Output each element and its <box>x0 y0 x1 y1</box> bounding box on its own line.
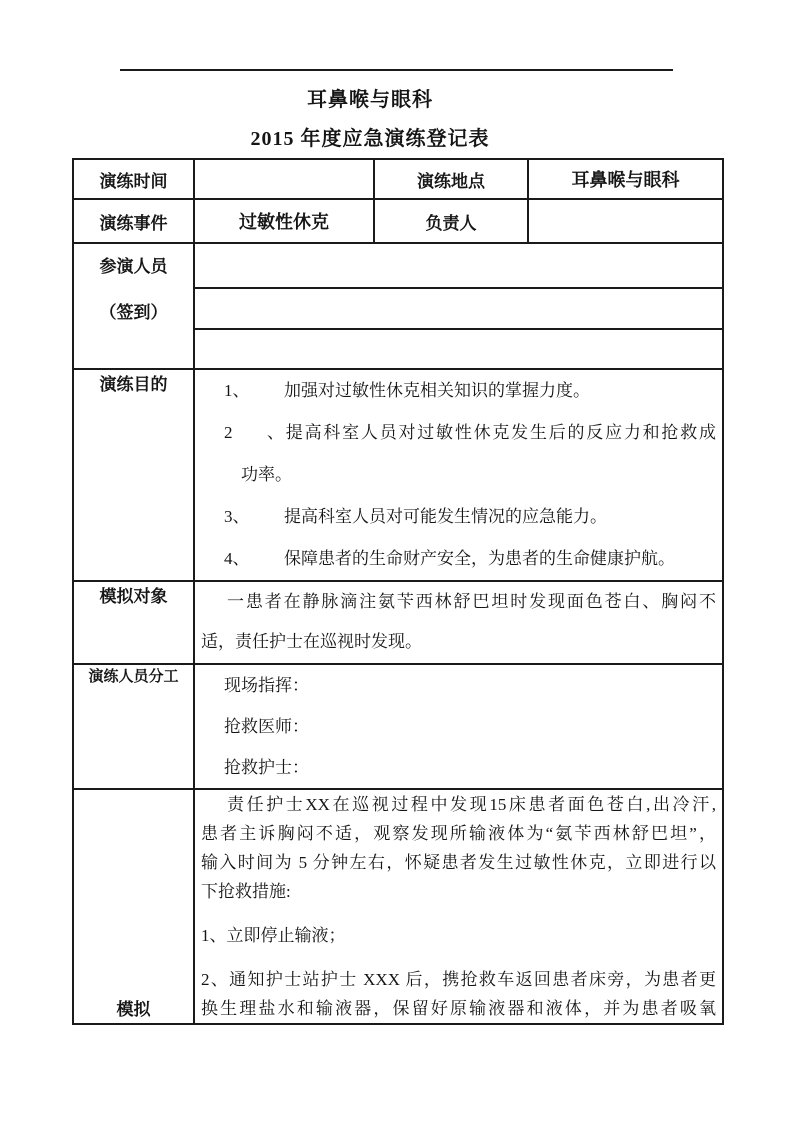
division-line-commander: 现场指挥： <box>201 665 716 706</box>
label-participants-line1: 参演人员 <box>74 244 193 290</box>
label-drill-time: 演练时间 <box>73 159 194 199</box>
label-person-in-charge: 负责人 <box>374 199 528 243</box>
purpose-item-3: 3、提高科室人员对可能发生情况的应急能力。 <box>201 496 716 538</box>
label-drill-event: 演练事件 <box>73 199 194 243</box>
document-subtitle: 2015 年度应急演练登记表 <box>72 122 668 151</box>
label-simulation-target: 模拟对象 <box>73 581 194 664</box>
target-text-line-2: 适，责任护士在巡视时发现。 <box>201 622 716 662</box>
purpose-item-4: 4、保障患者的生命财产安全，为患者的生命健康护航。 <box>201 538 716 580</box>
label-drill-purpose: 演练目的 <box>73 369 194 581</box>
cell-drill-time-value <box>194 159 374 199</box>
cell-person-in-charge-value <box>528 199 723 243</box>
drill-purpose-cell: 1、加强对过敏性休克相关知识的掌握力度。 2、提高科室人员对过敏性休克发生后的反… <box>194 369 723 581</box>
participants-signin-row-1 <box>194 243 723 288</box>
document-title: 耳鼻喉与眼科 <box>72 83 668 112</box>
participants-signin-row-2 <box>194 288 723 329</box>
purpose-item-2: 2、提高科室人员对过敏性休克发生后的反应力和抢救成 <box>201 412 716 454</box>
purpose-item-4-number: 4、 <box>224 538 284 580</box>
simulation-step-2: 2、通知护士站护士 XXX 后，携抢救车返回患者床旁，为患者更 换生理盐水和输液… <box>201 965 716 1023</box>
table-row: 演练事件 过敏性休克 负责人 <box>73 199 723 243</box>
table-row: 模拟对象 一患者在静脉滴注氨苄西林舒巴坦时发现面色苍白、胸闷不 适，责任护士在巡… <box>73 581 723 664</box>
drill-registration-table: 演练时间 演练地点 耳鼻喉与眼科 演练事件 过敏性休克 负责人 参演人员 （签到… <box>72 158 724 1025</box>
label-personnel-division: 演练人员分工 <box>73 664 194 789</box>
simulation-step-2-line-1: 2、通知护士站护士 XXX 后，携抢救车返回患者床旁，为患者更 <box>201 965 716 994</box>
simulation-text-line-4: 下抢救措施: <box>201 877 716 906</box>
simulation-text-line-2: 患者主诉胸闷不适，观察发现所输液体为“氨苄西林舒巴坦”， <box>201 819 716 848</box>
table-row: 模拟 责任护士XX在巡视过程中发现15床患者面色苍白,出冷汗, 患者主诉胸闷不适… <box>73 789 723 1024</box>
purpose-item-1-text: 加强对过敏性休克相关知识的掌握力度。 <box>284 381 590 400</box>
purpose-item-3-text: 提高科室人员对可能发生情况的应急能力。 <box>284 507 607 526</box>
personnel-division-cell: 现场指挥： 抢救医师： 抢救护士： <box>194 664 723 789</box>
document-page: 耳鼻喉与眼科 2015 年度应急演练登记表 演练时间 演练地点 耳鼻喉与眼科 演… <box>0 0 793 1122</box>
cell-drill-location-value: 耳鼻喉与眼科 <box>528 159 723 199</box>
simulation-step-2-line-2: 换生理盐水和输液器，保留好原输液器和液体，并为患者吸氧 <box>201 994 716 1023</box>
label-simulation: 模拟 <box>73 789 194 1024</box>
simulation-cell: 责任护士XX在巡视过程中发现15床患者面色苍白,出冷汗, 患者主诉胸闷不适，观察… <box>194 789 723 1024</box>
purpose-item-2-number: 2、 <box>224 412 284 454</box>
table-row: 演练人员分工 现场指挥： 抢救医师： 抢救护士： <box>73 664 723 789</box>
simulation-step-1: 1、立即停止输液； <box>201 921 716 950</box>
table-row: 演练时间 演练地点 耳鼻喉与眼科 <box>73 159 723 199</box>
table-row: 演练目的 1、加强对过敏性休克相关知识的掌握力度。 2、提高科室人员对过敏性休克… <box>73 369 723 581</box>
division-line-nurse: 抢救护士： <box>201 747 716 788</box>
target-text-line-1: 一患者在静脉滴注氨苄西林舒巴坦时发现面色苍白、胸闷不 <box>201 582 716 622</box>
participants-signin-row-3 <box>194 329 723 369</box>
simulation-paragraph: 责任护士XX在巡视过程中发现15床患者面色苍白,出冷汗, 患者主诉胸闷不适，观察… <box>201 790 716 906</box>
division-line-doctor: 抢救医师： <box>201 706 716 747</box>
table-row: 参演人员 （签到） <box>73 243 723 288</box>
label-participants: 参演人员 （签到） <box>73 243 194 369</box>
simulation-text-line-1: 责任护士XX在巡视过程中发现15床患者面色苍白,出冷汗, <box>201 790 716 819</box>
purpose-item-4-text: 保障患者的生命财产安全，为患者的生命健康护航。 <box>284 549 675 568</box>
label-drill-location: 演练地点 <box>374 159 528 199</box>
header-rule <box>120 69 673 71</box>
purpose-item-1: 1、加强对过敏性休克相关知识的掌握力度。 <box>201 370 716 412</box>
purpose-item-2-text: 提高科室人员对过敏性休克发生后的反应力和抢救成 <box>284 423 716 442</box>
simulation-target-cell: 一患者在静脉滴注氨苄西林舒巴坦时发现面色苍白、胸闷不 适，责任护士在巡视时发现。 <box>194 581 723 664</box>
cell-drill-event-value: 过敏性休克 <box>194 199 374 243</box>
purpose-item-2-wrap: 功率。 <box>201 454 716 496</box>
label-participants-line2: （签到） <box>74 290 193 336</box>
simulation-text-line-3: 输入时间为 5 分钟左右，怀疑患者发生过敏性休克，立即进行以 <box>201 848 716 877</box>
purpose-item-3-number: 3、 <box>224 496 284 538</box>
purpose-item-1-number: 1、 <box>224 370 284 412</box>
